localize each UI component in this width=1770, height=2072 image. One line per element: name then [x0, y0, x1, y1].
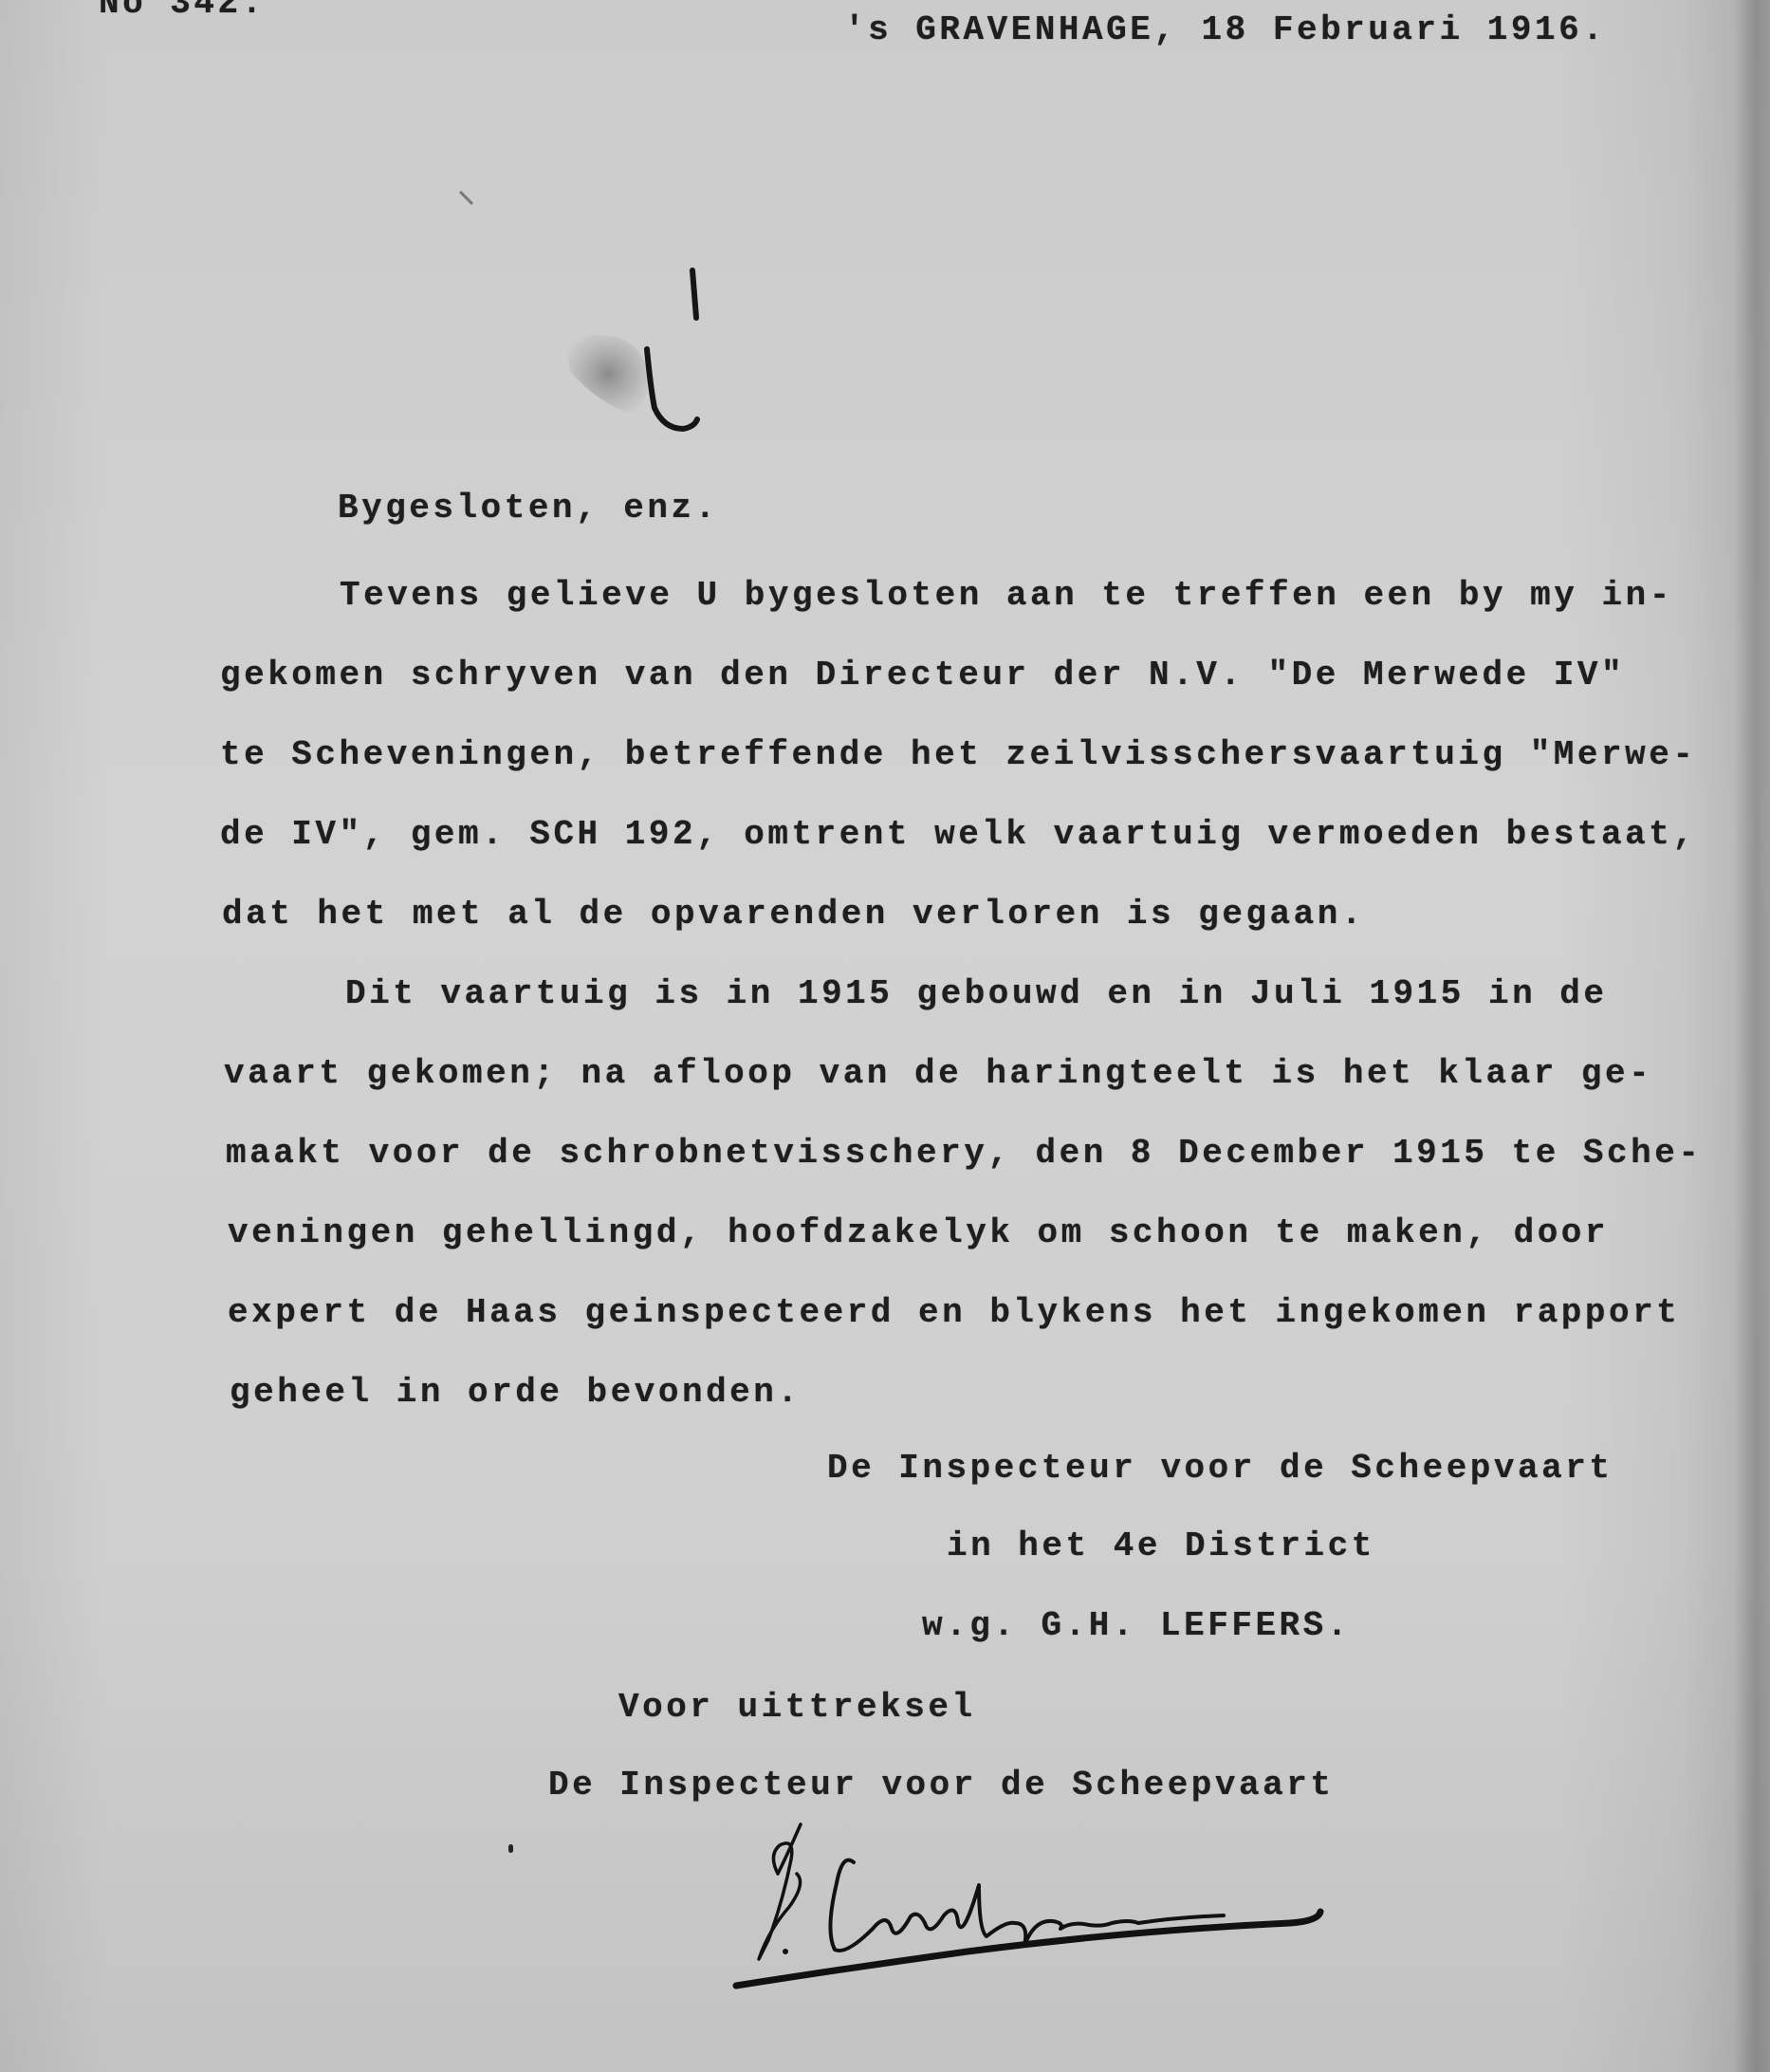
document-page: No 342. 's GRAVENHAGE, 18 Februari 1916.… — [0, 0, 1770, 2072]
ink-smudge — [427, 142, 806, 455]
handwritten-signature — [730, 1817, 1413, 1997]
paragraph-line: geheel in orde bevonden. — [230, 1376, 801, 1410]
extract-label: Voor uittreksel — [618, 1691, 976, 1725]
page-edge-shadow — [1734, 0, 1770, 2072]
paragraph-line: veningen gehellingd, hoofdzakelyk om sch… — [228, 1216, 1609, 1250]
paragraph-line: maakt voor de schrobnetvisschery, den 8 … — [226, 1137, 1702, 1171]
paragraph-line: de IV", gem. SCH 192, omtrent welk vaart… — [220, 818, 1696, 852]
reference-number: No 342. — [99, 0, 266, 21]
salutation: Bygesloten, enz. — [338, 491, 719, 526]
paragraph-line: expert de Haas geinspecteerd en blykens … — [228, 1296, 1680, 1330]
paragraph-line: Dit vaartuig is in 1915 gebouwd en in Ju… — [345, 977, 1608, 1011]
closing-signed: w.g. G.H. LEFFERS. — [922, 1609, 1351, 1643]
closing-title: De Inspecteur voor de Scheepvaart — [827, 1452, 1613, 1486]
extract-title: De Inspecteur voor de Scheepvaart — [548, 1768, 1334, 1803]
paragraph-line: gekomen schryven van den Directeur der N… — [220, 658, 1625, 693]
ink-dot — [508, 1844, 513, 1853]
paragraph-line: dat het met al de opvarenden verloren is… — [222, 897, 1365, 932]
paragraph-line: te Scheveningen, betreffende het zeilvis… — [220, 738, 1696, 772]
closing-district: in het 4e District — [947, 1529, 1375, 1563]
place-date: 's GRAVENHAGE, 18 Februari 1916. — [844, 13, 1606, 47]
paragraph-line: vaart gekomen; na afloop van de haringte… — [224, 1057, 1652, 1091]
paragraph-line: Tevens gelieve U bygesloten aan te treff… — [340, 579, 1673, 613]
